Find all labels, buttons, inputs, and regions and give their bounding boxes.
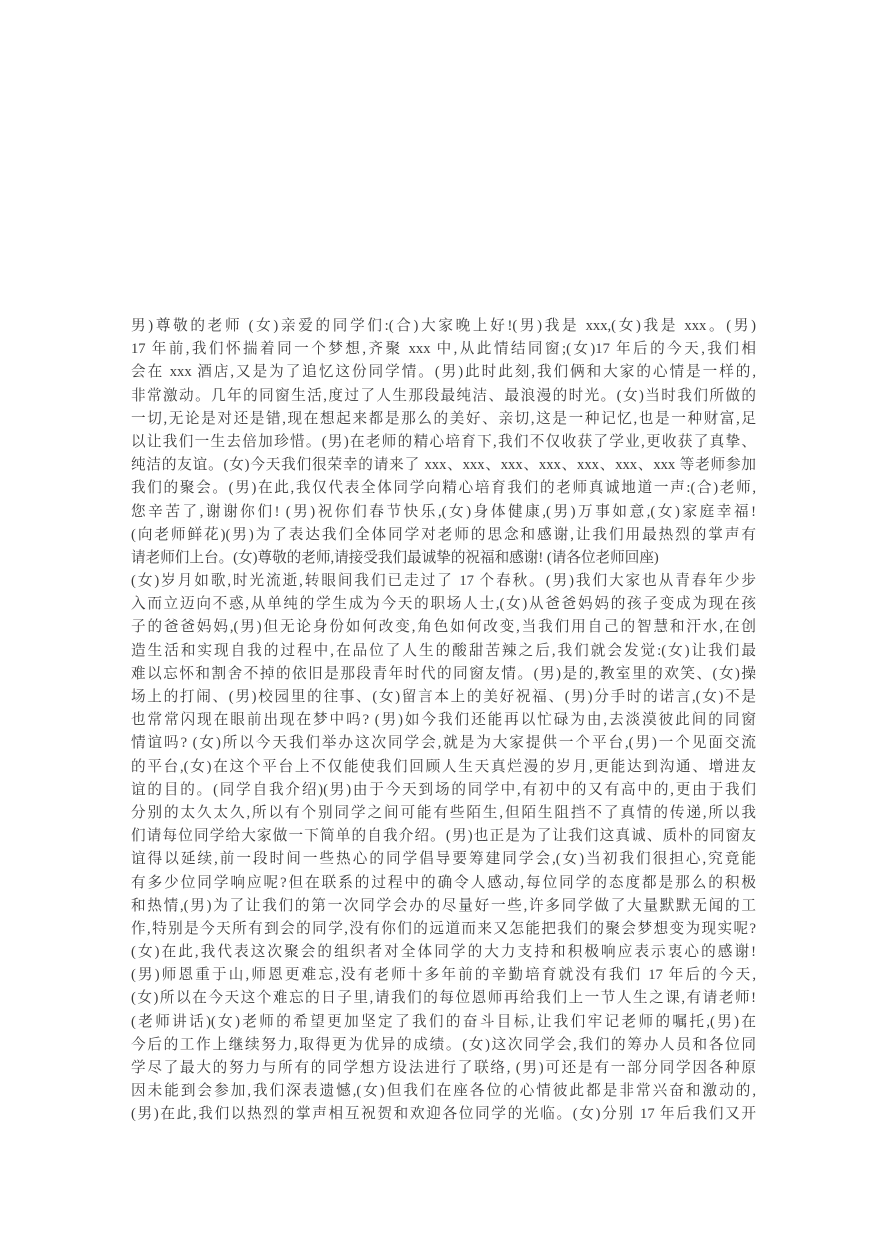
text-line: 请老师们上台。(女)尊敬的老师,请接受我们最诚挚的祝福和感谢! (请各位老师回座…	[131, 547, 756, 570]
text-line: 纯洁的友谊。(女)今天我们很荣幸的请来了 xxx、xxx、xxx、xxx、xxx…	[131, 454, 756, 477]
text-line: 一切,无论是对还是错,现在想起来都是那么的美好、亲切,这是一种记忆,也是一种财富…	[131, 408, 756, 431]
text-line: (向老师鲜花)(男)为了表达我们全体同学对老师的思念和感谢,让我们用最热烈的掌声…	[131, 524, 756, 547]
text-line: 会在 xxx 酒店,又是为了追忆这份同学情。(男)此时此刻,我们俩和大家的心情是…	[131, 361, 756, 384]
text-line: 造生活和实现自我的过程中,在品位了人生的酸甜苦辣之后,我们就会发觉:(女)让我们…	[131, 640, 756, 663]
text-line: 和热情,(男)为了让我们的第一次同学会办的尽量好一些,许多同学做了大量默默无闻的…	[131, 895, 756, 918]
text-line: 也常常闪现在眼前出现在梦中吗? (男)如今我们还能再以忙碌为由,去淡漠彼此间的同…	[131, 709, 756, 732]
text-line: 男)尊敬的老师 (女)亲爱的同学们:(合)大家晚上好!(男)我是 xxx,(女)…	[131, 315, 756, 338]
text-line: 您辛苦了,谢谢你们! (男)祝你们春节快乐,(女)身体健康,(男)万事如意,(女…	[131, 501, 756, 524]
reunion-script-text: 男)尊敬的老师 (女)亲爱的同学们:(合)大家晚上好!(男)我是 xxx,(女)…	[131, 315, 756, 1127]
text-line: 难以忘怀和割舍不掉的依旧是那段青年时代的同窗友情。(男)是的,教室里的欢笑、(女…	[131, 663, 756, 686]
paragraph: (女)岁月如歌,时光流逝,转眼间我们已走过了 17 个春秋。(男)我们大家也从青…	[131, 570, 756, 1127]
text-line: 的平台,(女)在这个平台上不仅能使我们回顾人生天真烂漫的岁月,更能达到沟通、增进…	[131, 756, 756, 779]
text-line: (老师讲话)(女)老师的希望更加坚定了我们的奋斗目标,让我们牢记老师的嘱托,(男…	[131, 1011, 756, 1034]
text-line: 今后的工作上继续努力,取得更为优异的成绩。(女)这次同学会,我们的筹办人员和各位…	[131, 1034, 756, 1057]
text-line: 子的爸爸妈妈,(男)但无论身份如何改变,角色如何改变,当我们用自己的智慧和汗水,…	[131, 616, 756, 639]
text-line: 入而立迈向不惑,从单纯的学生成为今天的职场人士,(女)从爸爸妈妈的孩子变成为现在…	[131, 593, 756, 616]
text-line: 作,特别是今天所有到会的同学,没有你们的远道而来又怎能把我们的聚会梦想变为现实呢…	[131, 918, 756, 941]
paragraph: 男)尊敬的老师 (女)亲爱的同学们:(合)大家晚上好!(男)我是 xxx,(女)…	[131, 315, 756, 570]
text-line: 因未能到会参加,我们深表遗憾,(女)但我们在座各位的心情彼此都是非常兴奋和激动的…	[131, 1080, 756, 1103]
text-line: (男)在此,我们以热烈的掌声相互祝贺和欢迎各位同学的光临。(女)分别 17 年后…	[131, 1103, 756, 1126]
text-line: 们请每位同学给大家做一下简单的自我介绍。(男)也正是为了让我们这真诚、质朴的同窗…	[131, 825, 756, 848]
text-line: 谊的目的。(同学自我介绍)(男)由于今天到场的同学中,有初中的又有高中的,更由于…	[131, 779, 756, 802]
text-line: 谊得以延续,前一段时间一些热心的同学倡导要筹建同学会,(女)当初我们很担心,究竟…	[131, 848, 756, 871]
text-line: (男)师恩重于山,师恩更难忘,没有老师十多年前的辛勤培育就没有我们 17 年后的…	[131, 964, 756, 987]
text-line: 场上的打闹、(男)校园里的往事、(女)留言本上的美好祝福、(男)分手时的诺言,(…	[131, 686, 756, 709]
text-line: 情谊吗? (女)所以今天我们举办这次同学会,就是为大家提供一个平台,(男)一个见…	[131, 732, 756, 755]
text-line: 以让我们一生去倍加珍惜。(男)在老师的精心培育下,我们不仅收获了学业,更收获了真…	[131, 431, 756, 454]
text-line: 非常激动。几年的同窗生活,度过了人生那段最纯洁、最浪漫的时光。(女)当时我们所做…	[131, 385, 756, 408]
text-line: 分别的太久太久,所以有个别同学之间可能有些陌生,但陌生阻挡不了真情的传递,所以我	[131, 802, 756, 825]
text-line: (女)所以在今天这个难忘的日子里,请我们的每位恩师再给我们上一节人生之课,有请老…	[131, 987, 756, 1010]
text-line: 有多少位同学响应呢?但在联系的过程中的确令人感动,每位同学的态度都是那么的积极	[131, 872, 756, 895]
text-line: 学尽了最大的努力与所有的同学想方设法进行了联络, (男)可还是有一部分同学因各种…	[131, 1057, 756, 1080]
text-line: (女)在此,我代表这次聚会的组织者对全体同学的大力支持和积极响应表示衷心的感谢!	[131, 941, 756, 964]
text-line: (女)岁月如歌,时光流逝,转眼间我们已走过了 17 个春秋。(男)我们大家也从青…	[131, 570, 756, 593]
text-line: 17 年前,我们怀揣着同一个梦想,齐聚 xxx 中,从此情结同窗;(女)17 年…	[131, 338, 756, 361]
text-line: 我们的聚会。(男)在此,我仅代表全体同学向精心培育我们的老师真诚地道一声:(合)…	[131, 477, 756, 500]
document-page: 男)尊敬的老师 (女)亲爱的同学们:(合)大家晚上好!(男)我是 xxx,(女)…	[0, 0, 884, 1250]
